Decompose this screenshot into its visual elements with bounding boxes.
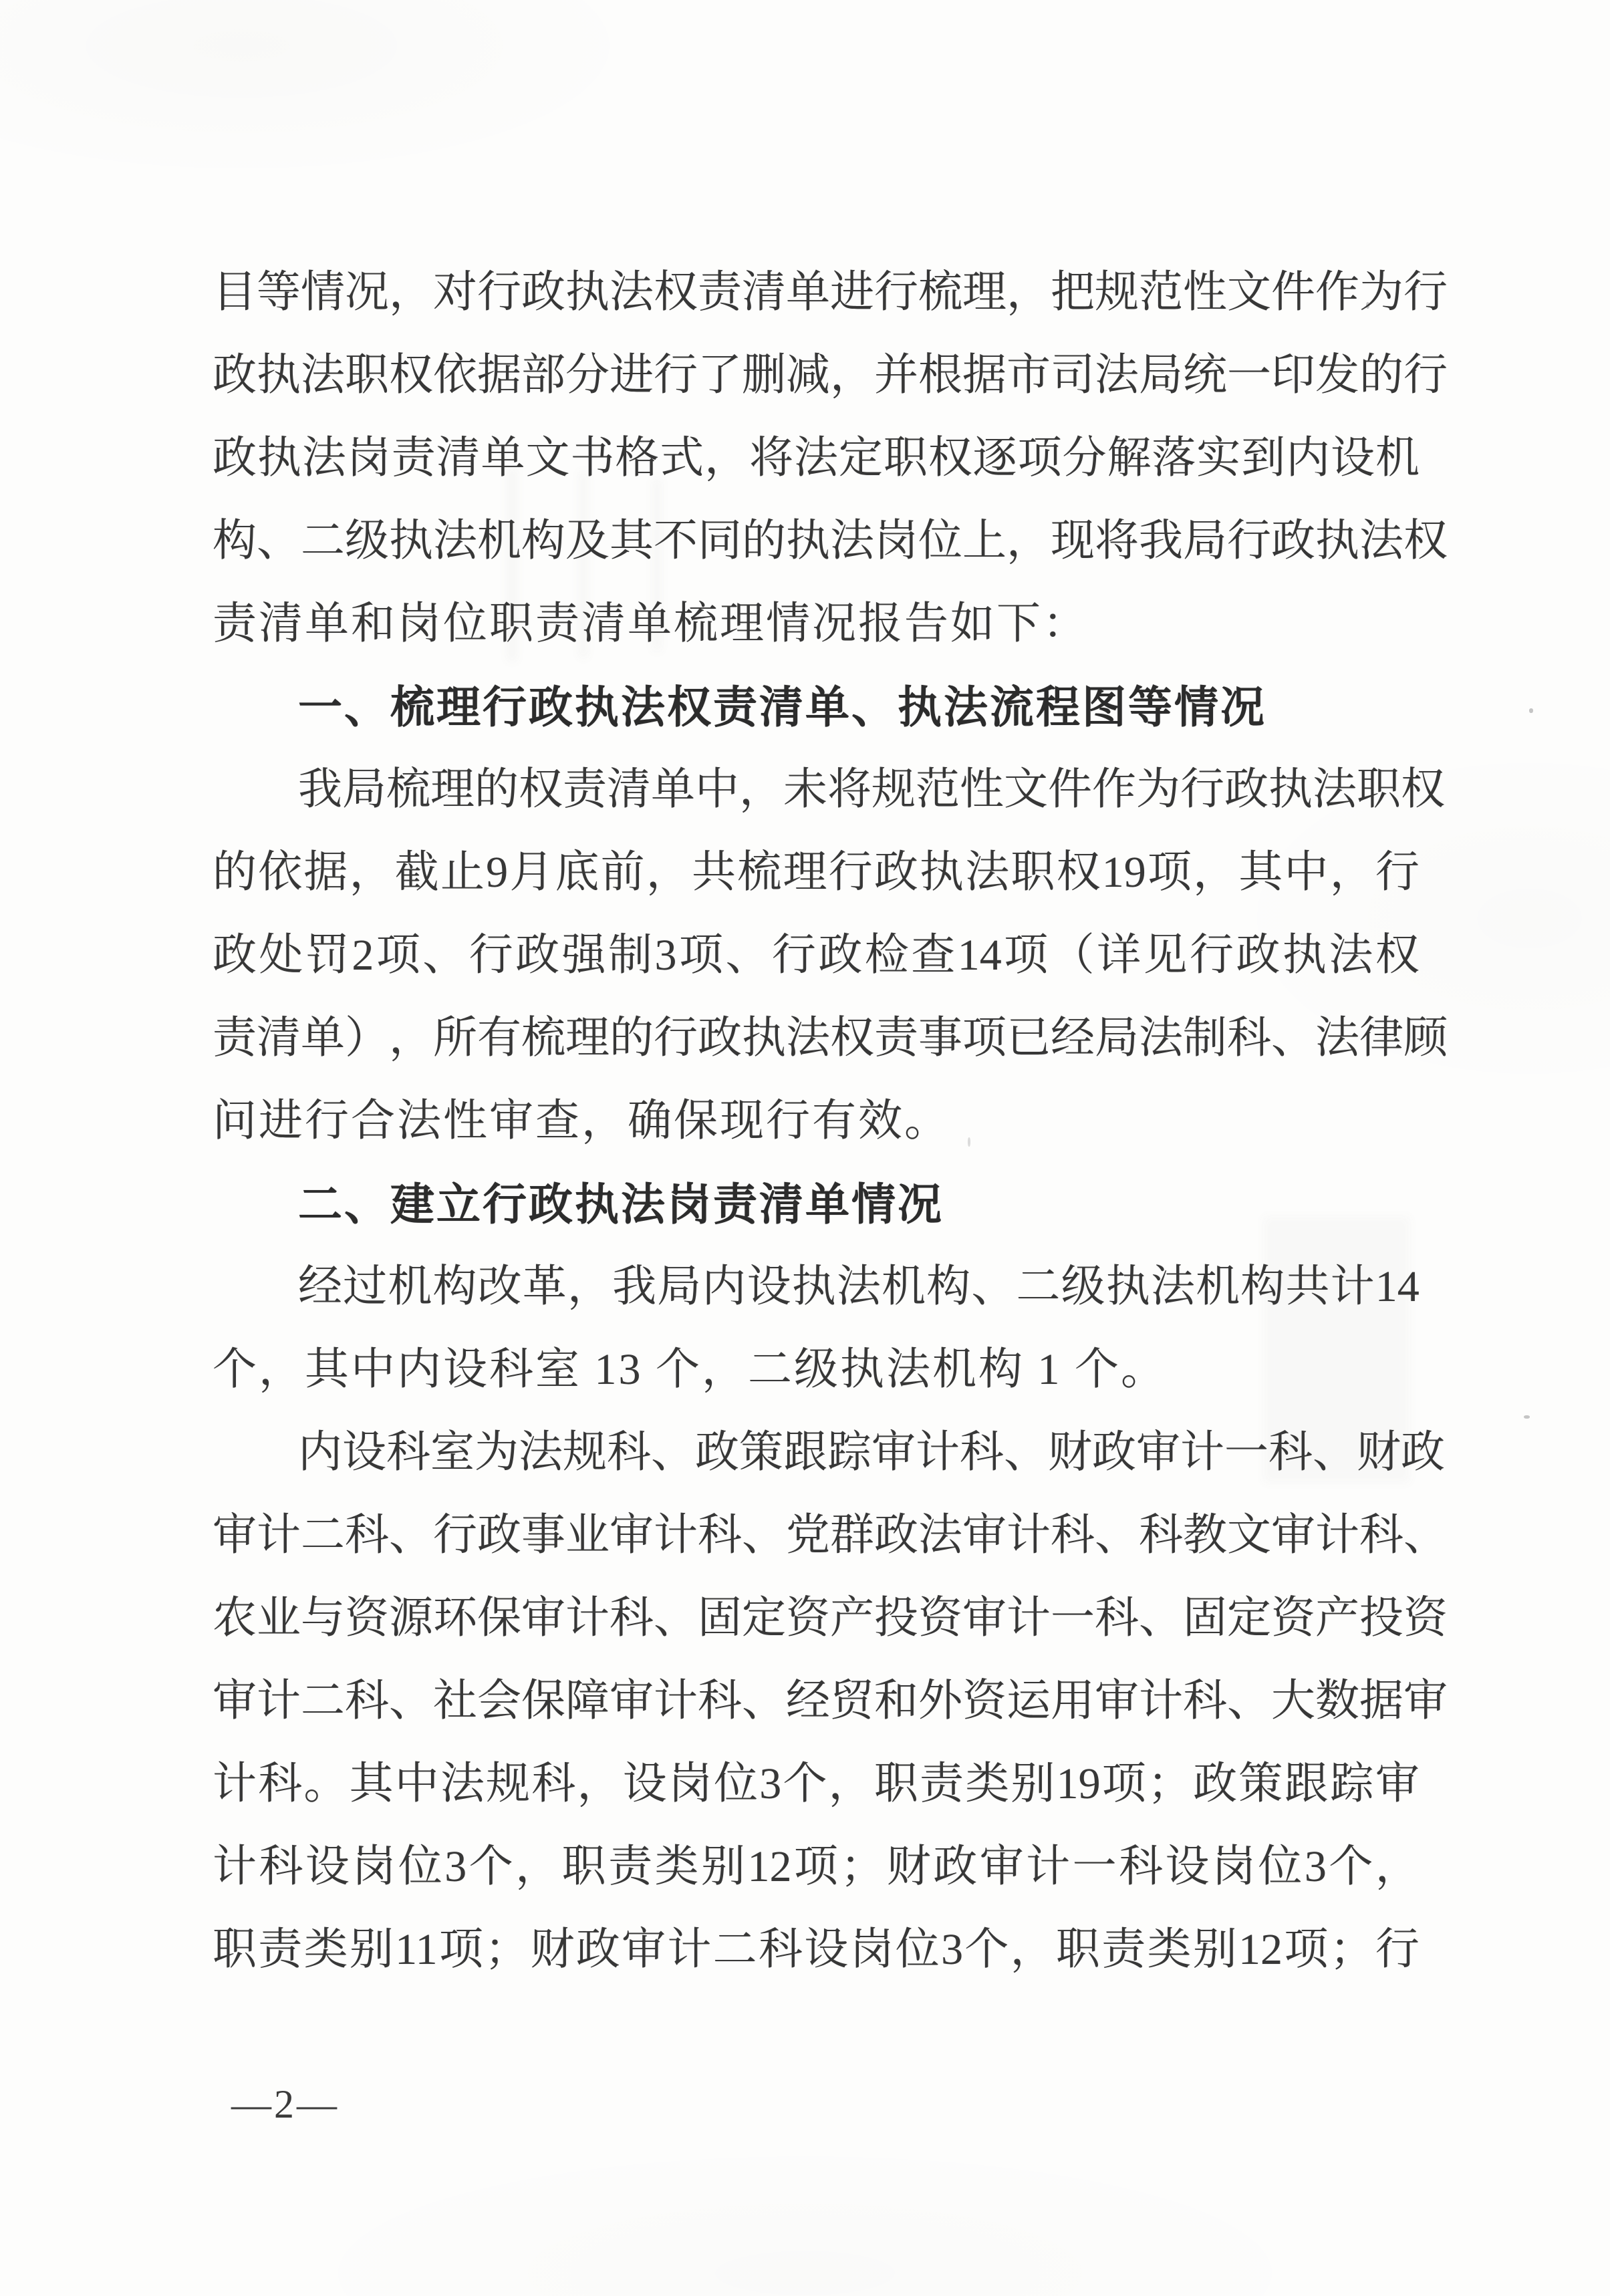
- heading-line: 二、建立行政执法岗责清单情况: [213, 1163, 1420, 1246]
- text-line: 我局梳理的权责清单中，未将规范性文件作为行政执法职权: [213, 748, 1420, 831]
- text-line: 问进行合法性审查，确保现行有效。: [213, 1080, 1420, 1163]
- text-line: 计科。其中法规科，设岗位3个，职责类别19项；政策跟踪审: [213, 1743, 1420, 1826]
- text-line: 职责类别11项；财政审计二科设岗位3个，职责类别12项；行: [213, 1908, 1420, 1991]
- text-line: 内设科室为法规科、政策跟踪审计科、财政审计一科、财政: [213, 1411, 1420, 1494]
- text-line: 经过机构改革，我局内设执法机构、二级执法机构共计14: [213, 1246, 1420, 1328]
- text-line: 政执法岗责清单文书格式，将法定职权逐项分解落实到内设机: [213, 417, 1420, 500]
- scan-speck: [1529, 708, 1533, 713]
- text-line: 政执法职权依据部分进行了删减，并根据市司法局统一印发的行: [213, 334, 1420, 417]
- text-line: 农业与资源环保审计科、固定资产投资审计一科、固定资产投资: [213, 1577, 1420, 1660]
- text-line: 审计二科、社会保障审计科、经贸和外资运用审计科、大数据审: [213, 1660, 1420, 1743]
- page-number: —2—: [231, 2084, 340, 2125]
- text-line: 计科设岗位3个，职责类别12项；财政审计一科设岗位3个，: [213, 1826, 1420, 1908]
- text-line: 责清单），所有梳理的行政执法权责事项已经局法制科、法律顾: [213, 997, 1420, 1080]
- text-line: 责清单和岗位职责清单梳理情况报告如下：: [213, 583, 1420, 666]
- text-line: 政处罚2项、行政强制3项、行政检查14项（详见行政执法权: [213, 914, 1420, 997]
- text-line: 目等情况，对行政执法权责清单进行梳理，把规范性文件作为行: [213, 251, 1420, 334]
- text-line: 的依据，截止9月底前，共梳理行政执法职权19项，其中，行: [213, 831, 1420, 914]
- heading-line: 一、梳理行政执法权责清单、执法流程图等情况: [213, 666, 1420, 748]
- text-line: 构、二级执法机构及其不同的执法岗位上，现将我局行政执法权: [213, 500, 1420, 583]
- scanned-document-page: 目等情况，对行政执法权责清单进行梳理，把规范性文件作为行政执法职权依据部分进行了…: [0, 0, 1610, 2296]
- document-lines: 目等情况，对行政执法权责清单进行梳理，把规范性文件作为行政执法职权依据部分进行了…: [213, 251, 1420, 1991]
- text-line: 审计二科、行政事业审计科、党群政法审计科、科教文审计科、: [213, 1494, 1420, 1577]
- scan-speck: [1524, 1415, 1530, 1419]
- text-line: 个，其中内设科室 13 个，二级执法机构 1 个。: [213, 1328, 1420, 1411]
